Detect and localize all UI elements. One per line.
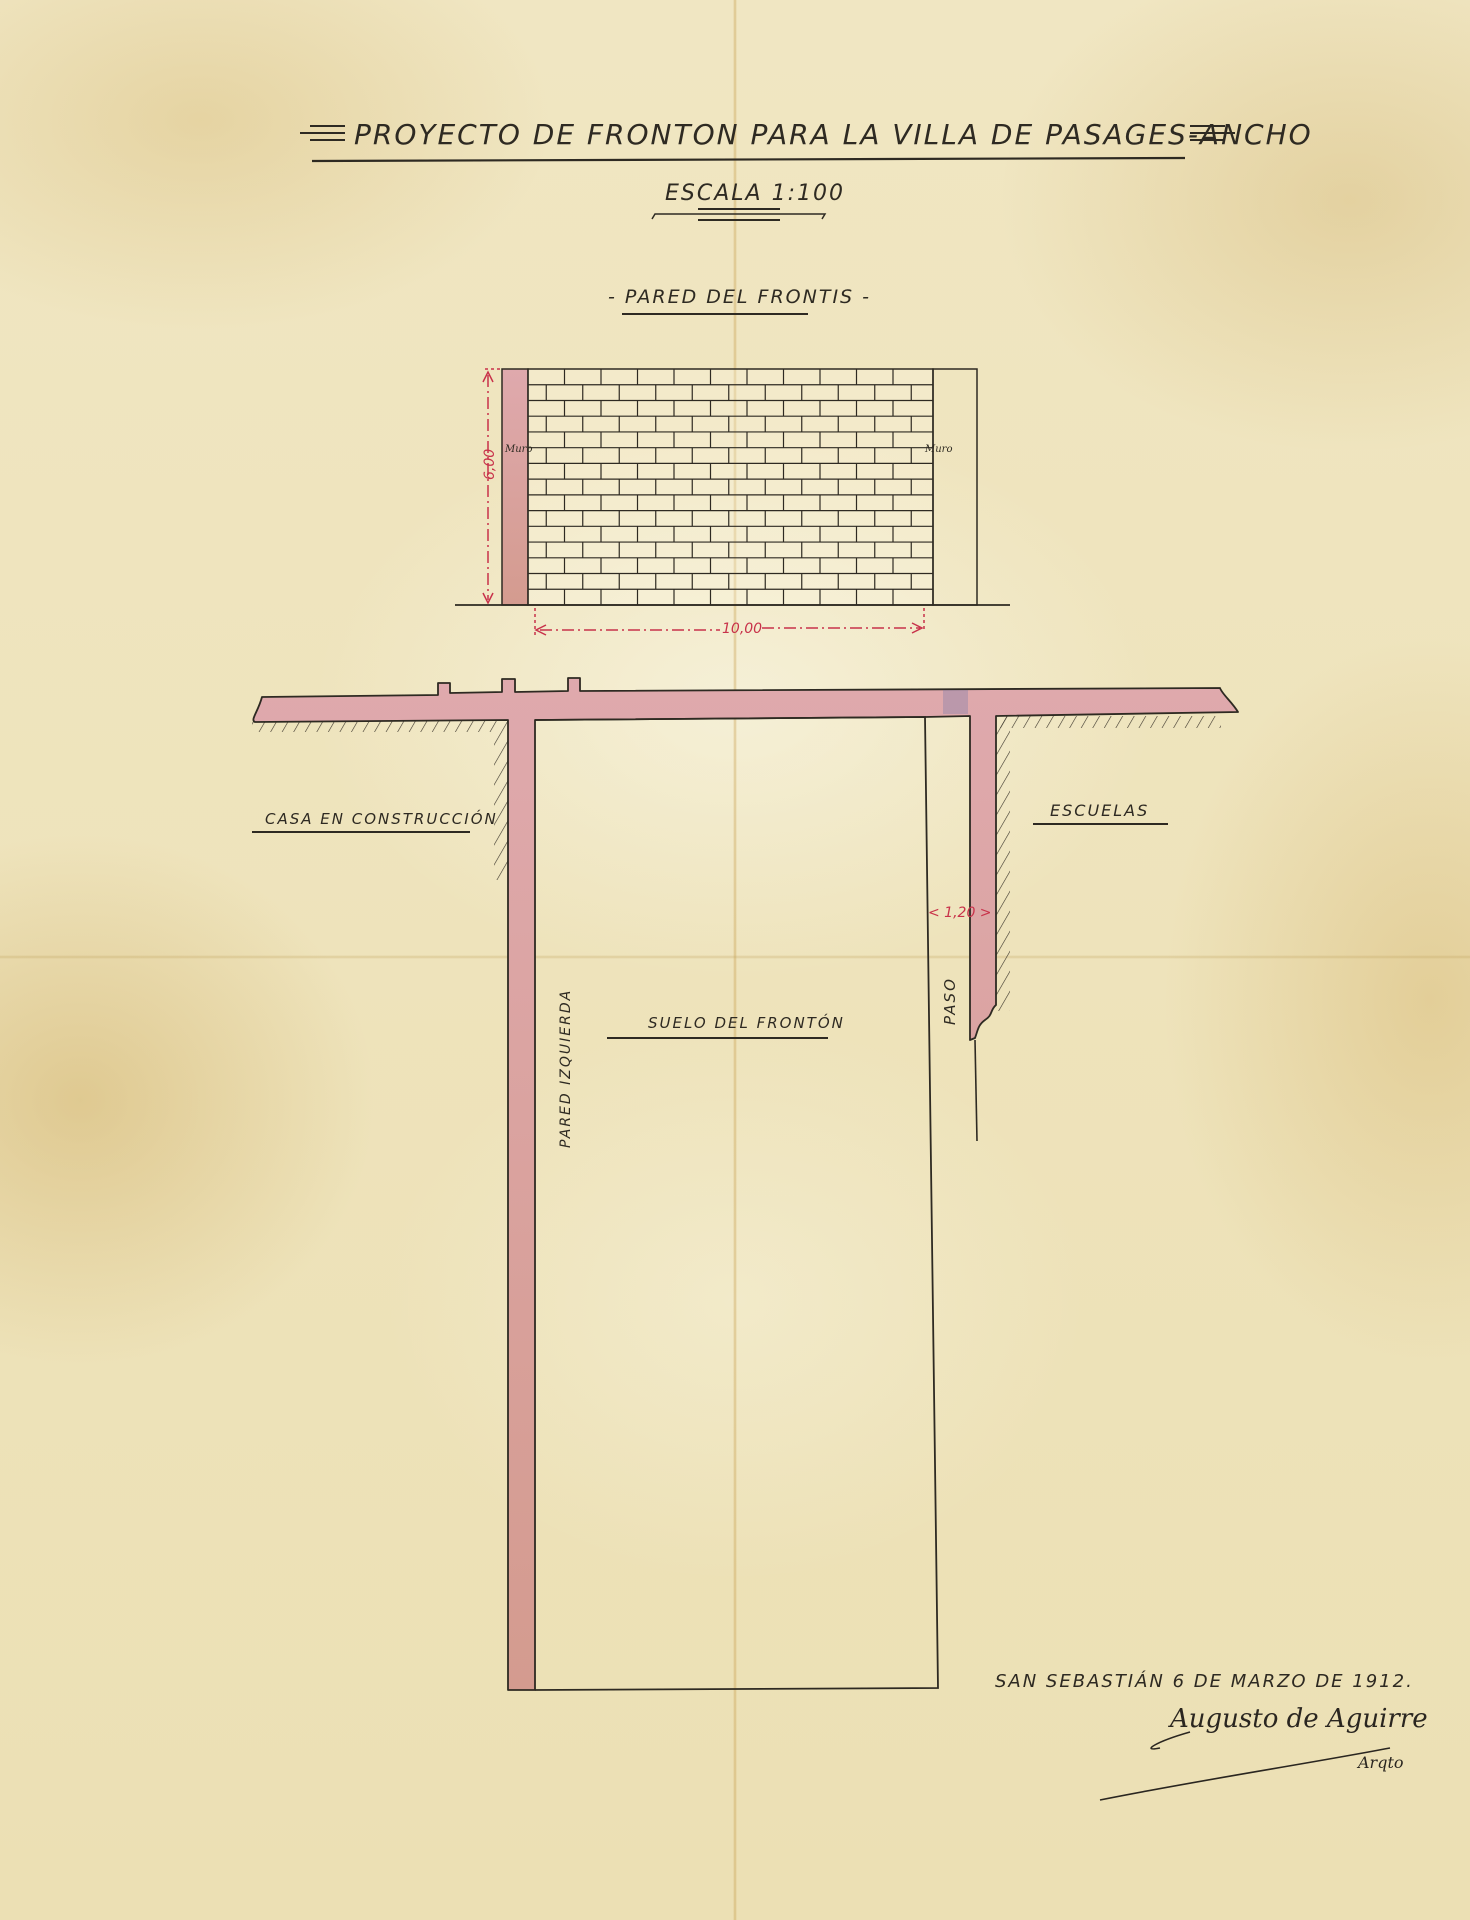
height-dimension-line	[483, 369, 502, 603]
elevation-heading: - PARED DEL FRONTIS -	[608, 286, 871, 308]
left-wall-label: PARED IZQUIERDA	[558, 989, 574, 1148]
title-block: PROYECTO DE FRONTON PARA LA VILLA DE PAS…	[300, 118, 1313, 161]
signature: Augusto de Aguirre	[1168, 1704, 1428, 1734]
signature-block: Augusto de Aguirre Arqto	[1100, 1704, 1428, 1800]
right-muro-label: Muro	[924, 444, 952, 455]
fronton-plan: CASA EN CONSTRUCCIÓN ESCUELAS SUELO DEL …	[252, 678, 1238, 1690]
architectural-drawing: PROYECTO DE FRONTON PARA LA VILLA DE PAS…	[0, 0, 1470, 1920]
height-dimension-label: 6,00	[482, 449, 498, 480]
title-underline	[312, 158, 1185, 161]
right-area-label: ESCUELAS	[1050, 801, 1149, 820]
passage-label: PASO	[941, 977, 959, 1025]
signature-title: Arqto	[1356, 1753, 1404, 1772]
court-floor-label: SUELO DEL FRONTÓN	[648, 1013, 845, 1032]
place-and-date: SAN SEBASTIÁN 6 DE MARZO DE 1912.	[995, 1670, 1414, 1692]
ink-smudge	[943, 690, 968, 714]
right-ground-hatch	[996, 716, 1221, 728]
brick-wall	[528, 369, 933, 605]
frontis-wall-elevation: Muro Muro 6,00 10,00	[455, 369, 1010, 637]
left-wall-hatch	[494, 720, 508, 880]
page-title: PROYECTO DE FRONTON PARA LA VILLA DE PAS…	[354, 118, 1313, 151]
left-muro-label: Muro	[504, 444, 532, 455]
paso-boundary-line	[975, 1040, 977, 1141]
perimeter-walls	[253, 678, 1238, 1690]
scale-block: ESCALA 1:100	[652, 181, 845, 220]
signature-flourish	[1100, 1748, 1390, 1800]
left-area-label: CASA EN CONSTRUCCIÓN	[265, 809, 498, 828]
title-left-bars-icon	[300, 126, 345, 140]
right-muro-section	[933, 369, 977, 605]
court-outline	[535, 717, 938, 1690]
left-muro-section	[502, 369, 528, 605]
right-wall-hatch	[996, 716, 1010, 1011]
passage-dimension: < 1,20 >	[928, 905, 992, 921]
scale-label: ESCALA 1:100	[665, 181, 845, 206]
width-dimension-label: 10,00	[722, 621, 762, 637]
